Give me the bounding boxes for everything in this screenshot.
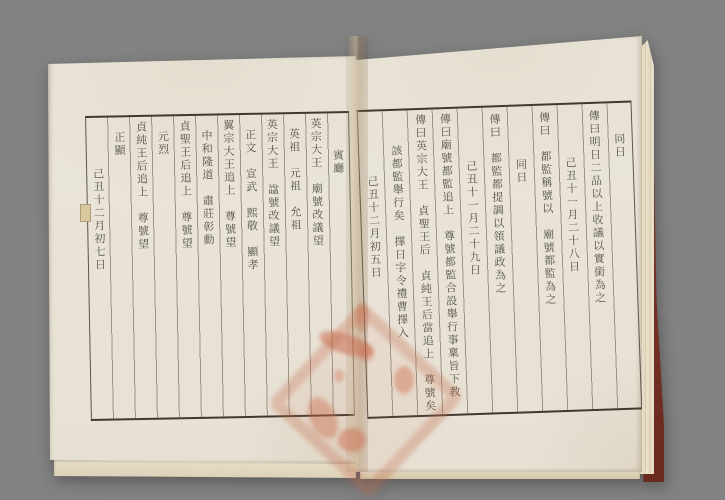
right-page-text-columns: 同日傳曰明日二品以上收議以實銜為之己丑十一月二十八日傳曰 都監稱號以 廟號都監為…: [358, 103, 641, 417]
right-page-ruled-frame: 同日傳曰明日二品以上收議以實銜為之己丑十一月二十八日傳曰 都監稱號以 廟號都監為…: [357, 100, 643, 418]
left-page-ruled-frame: 賓廳英宗大王 廟號改議望英祖 元祖 允祖英宗大王 諡號改議望正文 宣武 熙敬 顯…: [85, 111, 355, 421]
left-page-text-columns: 賓廳英宗大王 廟號改議望英祖 元祖 允祖英宗大王 諡號改議望正文 宣武 熙敬 顯…: [86, 113, 354, 419]
photo-background: 賓廳英宗大王 廟號改議望英祖 元祖 允祖英宗大王 諡號改議望正文 宣武 熙敬 顯…: [0, 0, 725, 500]
paper-tab: [80, 204, 91, 222]
open-book: 賓廳英宗大王 廟號改議望英祖 元祖 允祖英宗大王 諡號改議望正文 宣武 熙敬 顯…: [0, 0, 725, 500]
left-page: 賓廳英宗大王 廟號改議望英祖 元祖 允祖英宗大王 諡號改議望正文 宣武 熙敬 顯…: [48, 56, 356, 464]
right-page: 同日傳曰明日二品以上收議以實銜為之己丑十一月二十八日傳曰 都監稱號以 廟號都監為…: [356, 36, 642, 472]
binding-gutter-fold: [346, 36, 368, 472]
